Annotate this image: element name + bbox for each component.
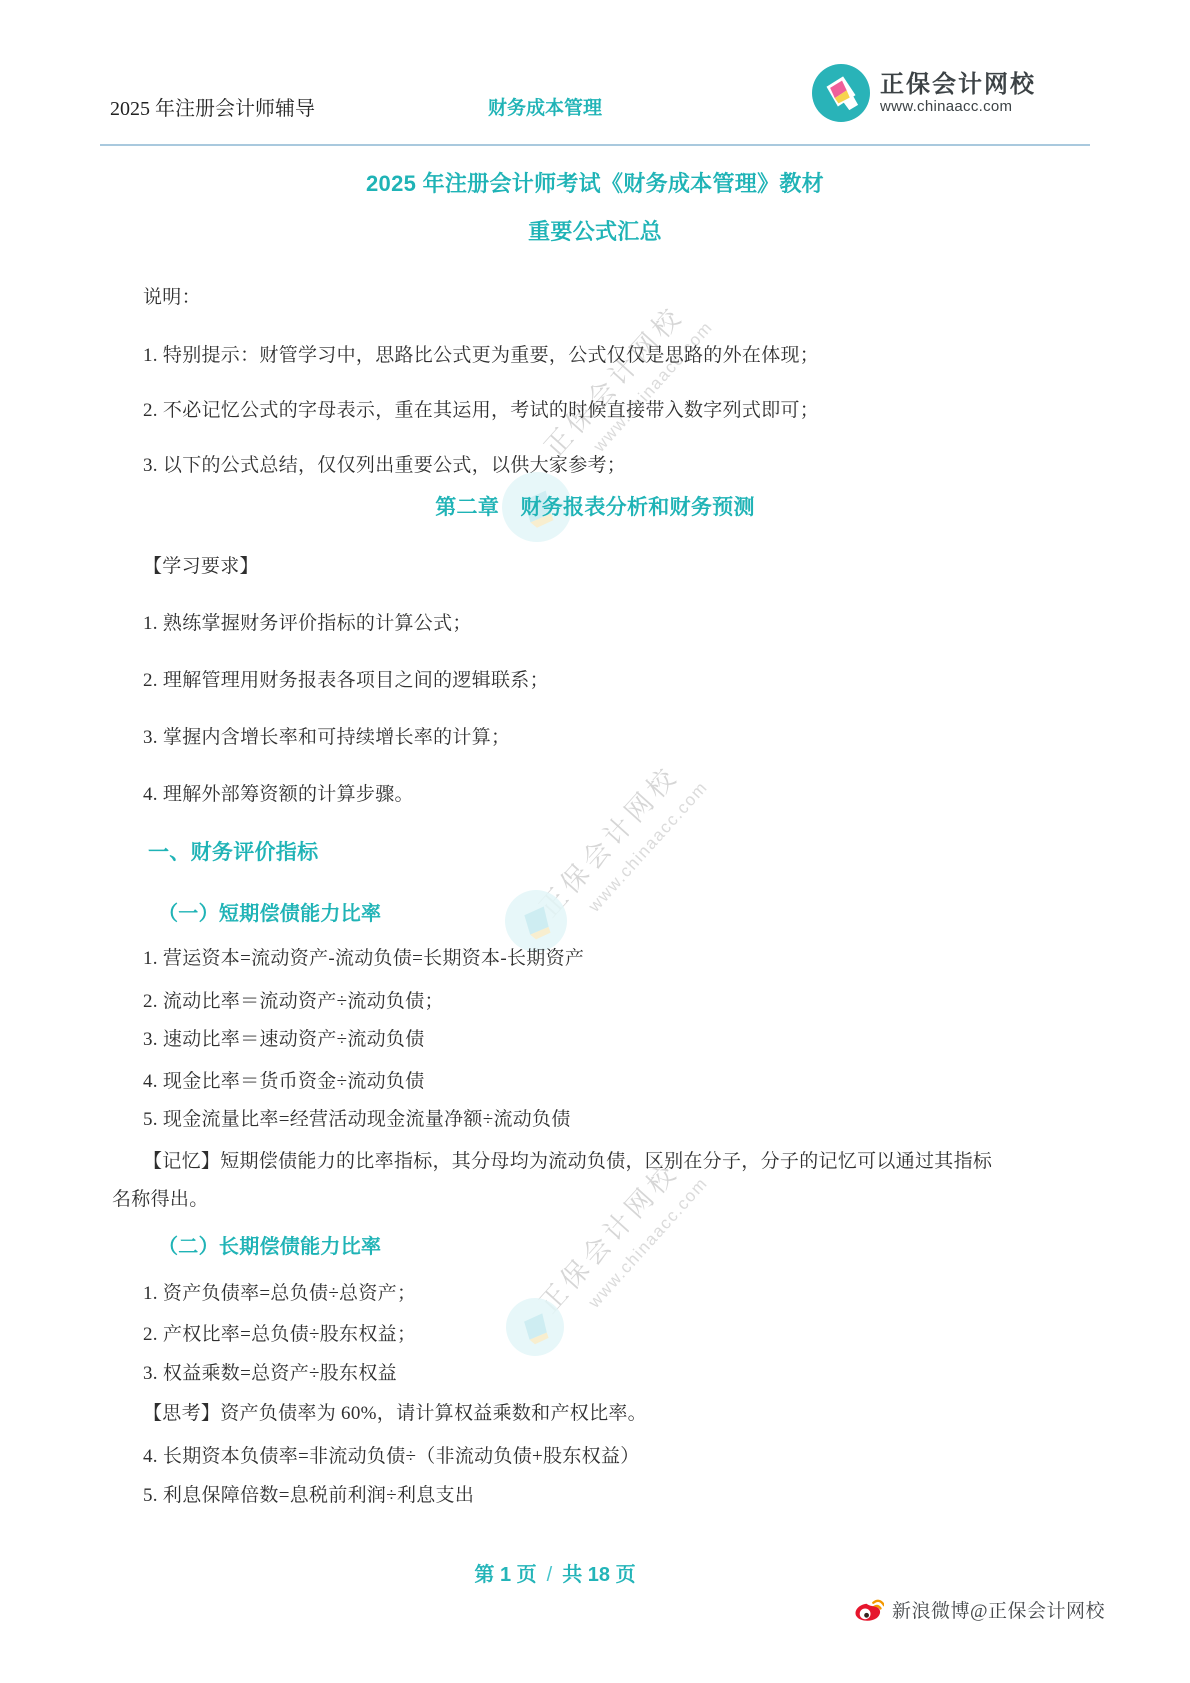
- chapter-title: 第二章 财务报表分析和财务预测: [0, 491, 1190, 521]
- think-note: 【思考】资产负债率为 60%，请计算权益乘数和产权比率。: [143, 1398, 647, 1425]
- watermark-url-text: www.chinaacc.com: [590, 318, 718, 457]
- study-req-item: 2. 理解管理用财务报表各项目之间的逻辑联系；: [143, 665, 549, 692]
- page-current: 第 1 页: [474, 1564, 536, 1586]
- watermark-brand-text: 正保会计网校: [528, 747, 693, 924]
- formula-line: 5. 现金流量比率=经营活动现金流量净额÷流动负债: [143, 1104, 571, 1131]
- formula-line: 4. 长期资本负债率=非流动负债÷（非流动负债+股东权益）: [143, 1441, 640, 1468]
- intro-item: 2. 不必记忆公式的字母表示，重在其运用，考试的时候直接带入数字列式即可；: [143, 395, 819, 422]
- intro-label: 说明：: [143, 282, 201, 309]
- study-req-item: 1. 熟练掌握财务评价指标的计算公式；: [143, 608, 472, 635]
- header-course-title: 2025 年注册会计师辅导: [110, 92, 315, 121]
- section-1-title: 一、财务评价指标: [148, 836, 318, 866]
- intro-item: 3. 以下的公式总结，仅仅列出重要公式，以供大家参考；: [143, 450, 626, 477]
- watermark-text-group: 正保会计网校 www.chinaacc.com: [528, 747, 712, 941]
- intro-item: 1. 特别提示：财管学习中，思路比公式更为重要，公式仅仅是思路的外在体现；: [143, 340, 819, 367]
- formula-line: 1. 营运资本=流动资产-流动负债=长期资本-长期资产: [143, 943, 584, 970]
- doc-title-line2: 重要公式汇总: [0, 215, 1190, 246]
- brand-logo-text: 正保会计网校 www.chinaacc.com: [880, 71, 1036, 116]
- formula-line: 2. 流动比率＝流动资产÷流动负债；: [143, 986, 444, 1013]
- weibo-signature: 新浪微博@正保会计网校: [853, 1596, 1105, 1623]
- subsection-2-title: （二）长期偿债能力比率: [158, 1230, 381, 1259]
- document-page: 正保会计网校 www.chinaacc.com 正保会计网校 www.china…: [0, 0, 1190, 1683]
- study-req-item: 4. 理解外部筹资额的计算步骤。: [143, 779, 414, 806]
- study-req-item: 3. 掌握内含增长率和可持续增长率的计算；: [143, 722, 510, 749]
- memory-note-line2: 名称得出。: [112, 1184, 209, 1211]
- watermark-brand-text: 正保会计网校: [533, 287, 698, 464]
- watermark-url-text: www.chinaacc.com: [585, 778, 713, 917]
- memory-note-line1: 【记忆】短期偿债能力的比率指标，其分母均为流动负债，区别在分子，分子的记忆可以通…: [143, 1146, 992, 1173]
- sina-weibo-icon: [853, 1596, 884, 1623]
- header-divider: [100, 144, 1090, 146]
- chinaacc-watermark-logo-icon: [506, 1298, 564, 1356]
- subsection-1-title: （一）短期偿债能力比率: [158, 897, 381, 926]
- brand-logo: 正保会计网校 www.chinaacc.com: [812, 64, 1036, 122]
- formula-line: 4. 现金比率＝货币资金÷流动负债: [143, 1066, 425, 1093]
- brand-url: www.chinaacc.com: [880, 98, 1036, 115]
- weibo-account-text: 新浪微博@正保会计网校: [892, 1596, 1105, 1623]
- doc-title-line1: 2025 年注册会计师考试《财务成本管理》教材: [0, 167, 1190, 198]
- formula-line: 1. 资产负债率=总负债÷总资产；: [143, 1278, 416, 1305]
- study-req-label: 【学习要求】: [143, 551, 259, 578]
- formula-line: 3. 速动比率＝速动资产÷流动负债: [143, 1024, 425, 1051]
- brand-name: 正保会计网校: [880, 71, 1036, 99]
- formula-line: 2. 产权比率=总负债÷股东权益；: [143, 1319, 416, 1346]
- watermark-url-text: www.chinaacc.com: [585, 1174, 713, 1313]
- page-number-separator: /: [547, 1564, 553, 1586]
- page-number: 第 1 页/共 18 页: [0, 1558, 1110, 1587]
- page-total: 共 18 页: [562, 1564, 635, 1586]
- chinaacc-logo-icon: [812, 64, 870, 122]
- formula-line: 3. 权益乘数=总资产÷股东权益: [143, 1358, 397, 1385]
- header-subject-title: 财务成本管理: [488, 93, 602, 120]
- formula-line: 5. 利息保障倍数=息税前利润÷利息支出: [143, 1480, 474, 1507]
